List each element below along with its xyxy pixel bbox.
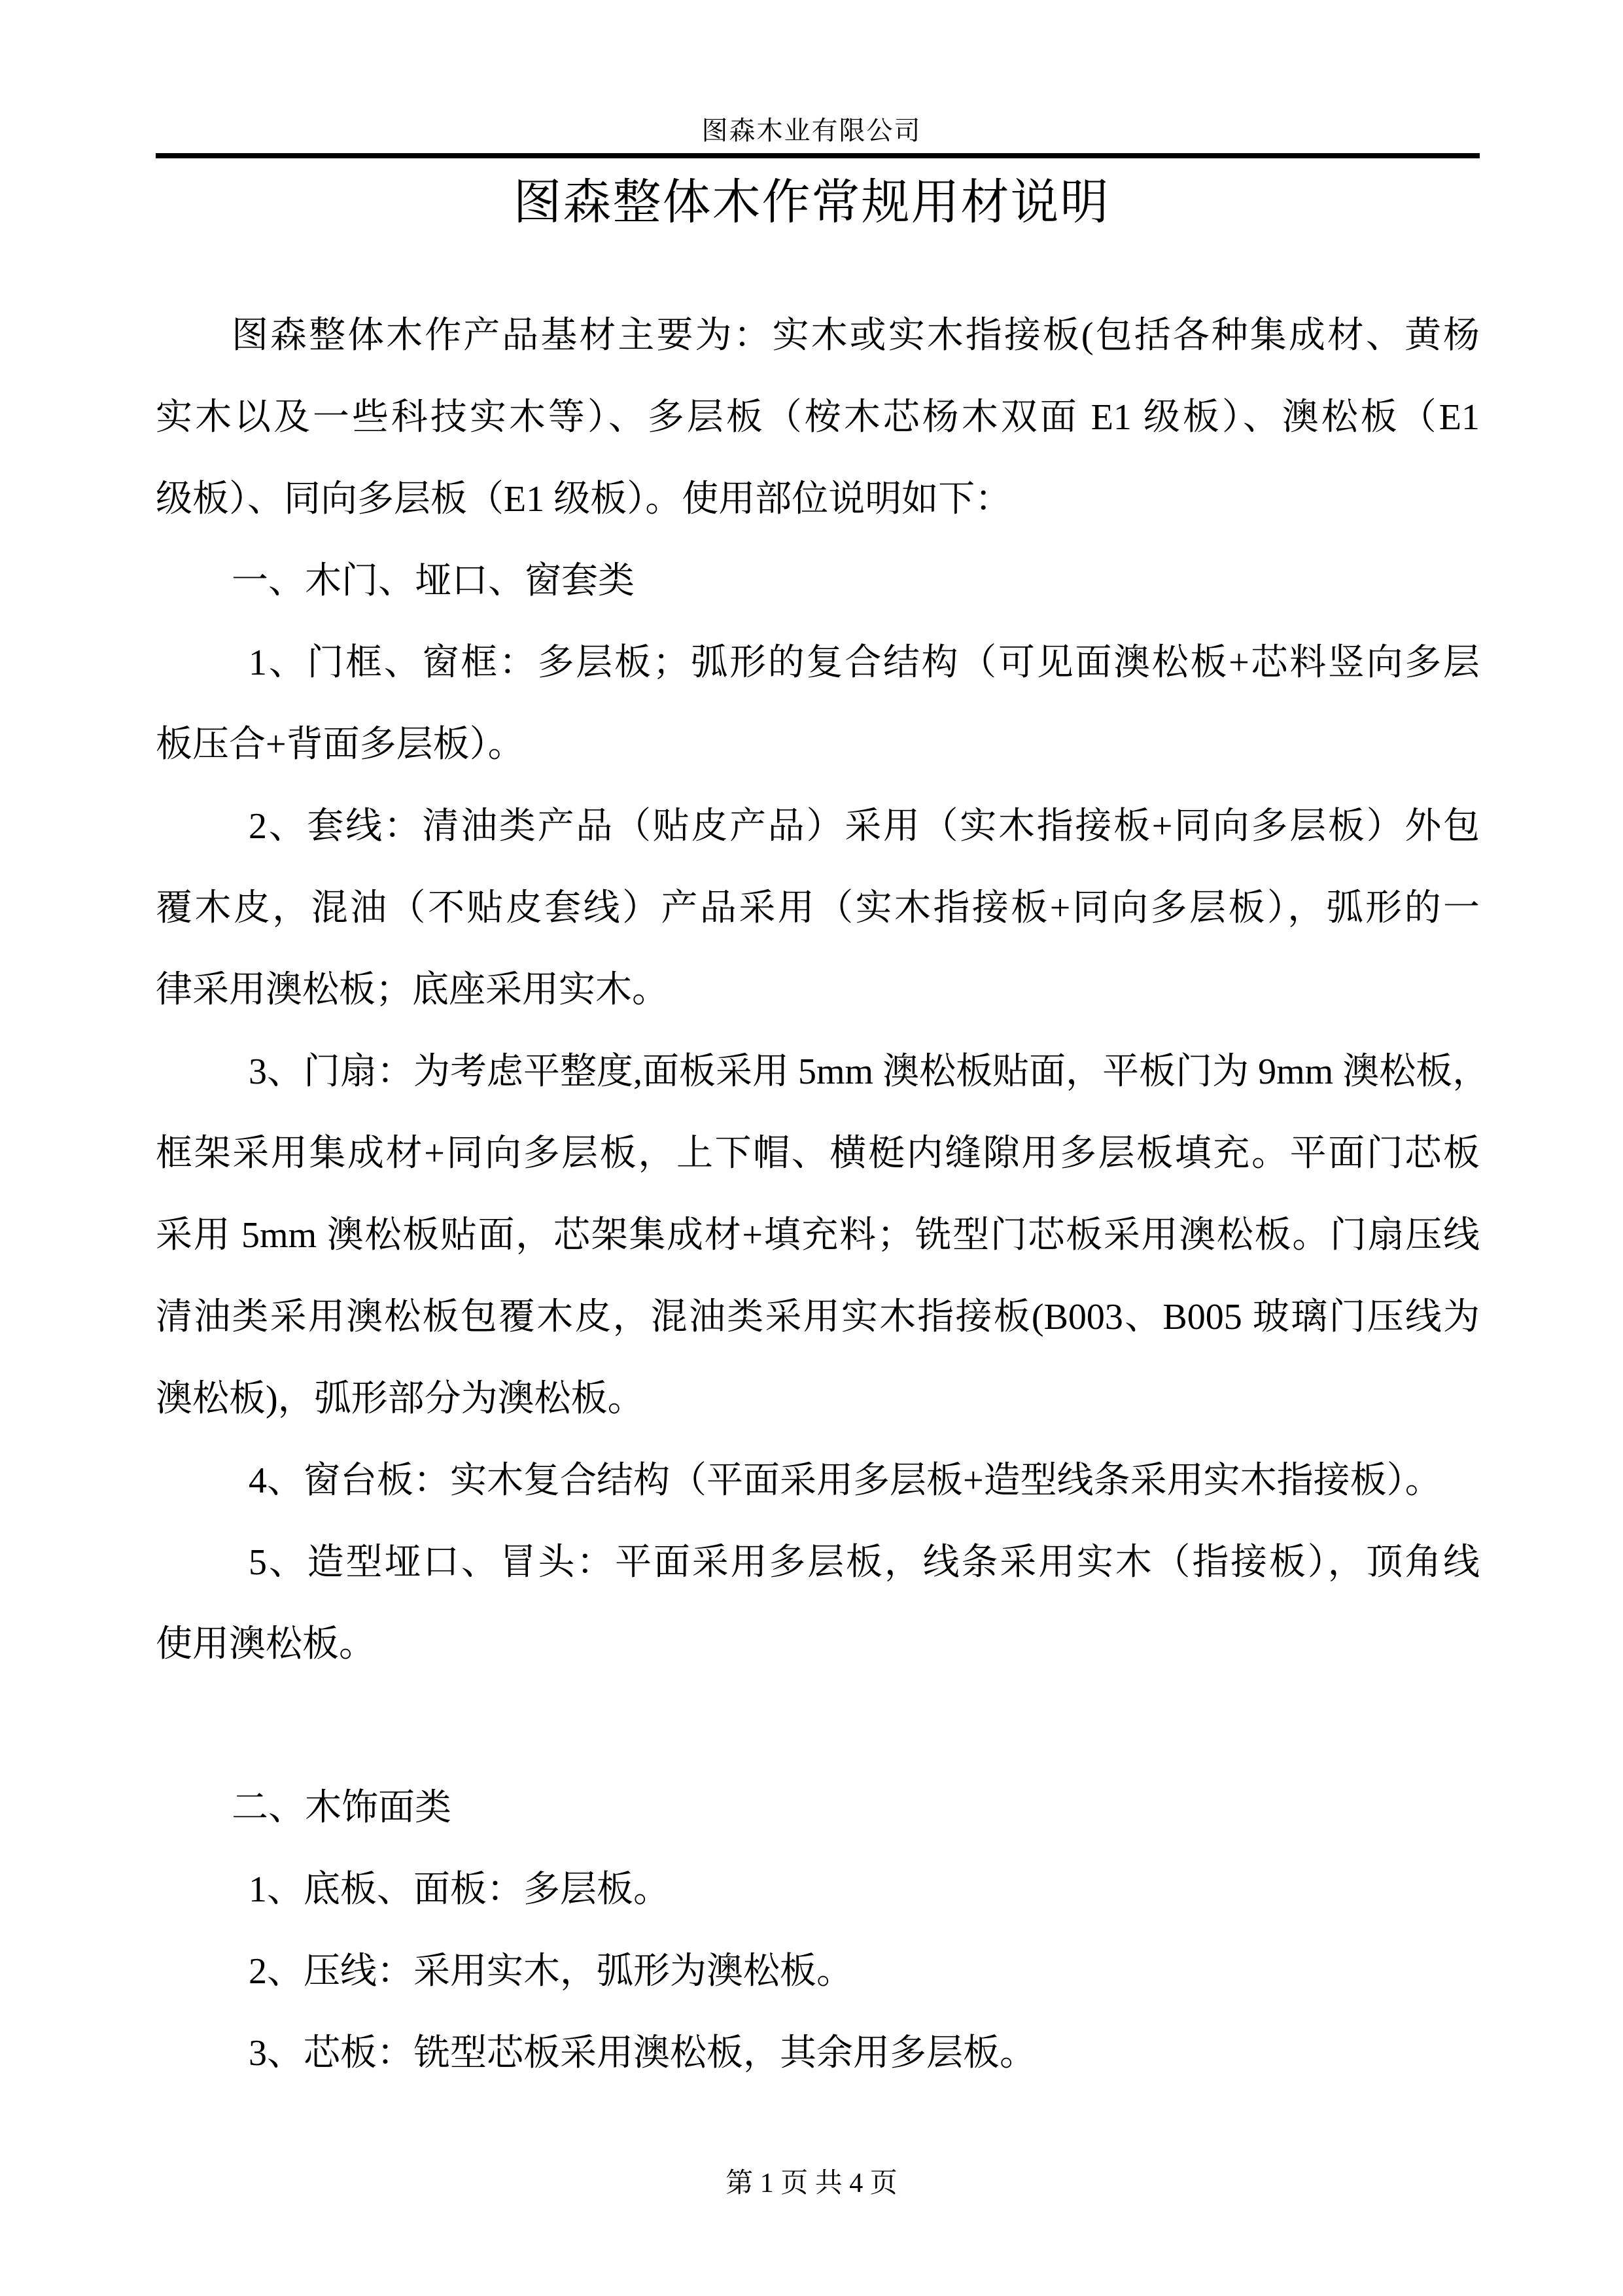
- text-line: 使用澳松板。: [156, 1604, 1480, 1686]
- header-company-name: 图森木业有限公司: [0, 115, 1623, 147]
- text-line: 5、造型垭口、冒头：平面采用多层板，线条采用实木（指接板），顶角线: [156, 1522, 1480, 1604]
- text-line: 图森整体木作产品基材主要为：实木或实木指接板(包括各种集成材、黄杨: [156, 295, 1480, 377]
- text-line: 级板）、同向多层板（E1 级板）。使用部位说明如下：: [156, 459, 1480, 540]
- text-line: 1、门框、窗框：多层板；弧形的复合结构（可见面澳松板+芯料竖向多层: [156, 622, 1480, 704]
- section-heading: 一、木门、垭口、窗套类: [156, 540, 1480, 622]
- section-heading: 二、木饰面类: [156, 1767, 1480, 1849]
- blank-line: [156, 1686, 1480, 1767]
- text-line: 1、底板、面板：多层板。: [156, 1849, 1480, 1931]
- text-line: 覆木皮，混油（不贴皮套线）产品采用（实木指接板+同向多层板），弧形的一: [156, 868, 1480, 949]
- text-line: 清油类采用澳松板包覆木皮，混油类采用实木指接板(B003、B005 玻璃门压线为: [156, 1277, 1480, 1358]
- text-line: 2、压线：采用实木，弧形为澳松板。: [156, 1931, 1480, 2013]
- page-footer: 第 1 页 共 4 页: [0, 2167, 1623, 2200]
- text-line: 板压合+背面多层板）。: [156, 704, 1480, 786]
- text-line: 2、套线：清油类产品（贴皮产品）采用（实木指接板+同向多层板）外包: [156, 786, 1480, 868]
- header-divider: [156, 153, 1480, 158]
- document-page: 图森木业有限公司 图森整体木作常规用材说明 图森整体木作产品基材主要为：实木或实…: [0, 0, 1623, 2296]
- text-line: 实木以及一些科技实木等）、多层板（桉木芯杨木双面 E1 级板）、澳松板（E1: [156, 377, 1480, 459]
- text-line: 律采用澳松板；底座采用实木。: [156, 949, 1480, 1031]
- text-line: 4、窗台板：实木复合结构（平面采用多层板+造型线条采用实木指接板）。: [156, 1440, 1480, 1522]
- text-line: 框架采用集成材+同向多层板，上下帽、横梃内缝隙用多层板填充。平面门芯板: [156, 1113, 1480, 1195]
- text-line: 3、门扇：为考虑平整度,面板采用 5mm 澳松板贴面，平板门为 9mm 澳松板，: [156, 1031, 1480, 1113]
- page-title: 图森整体木作常规用材说明: [0, 175, 1623, 230]
- text-line: 澳松板)，弧形部分为澳松板。: [156, 1358, 1480, 1440]
- text-line: 3、芯板：铣型芯板采用澳松板，其余用多层板。: [156, 2013, 1480, 2094]
- text-line: 采用 5mm 澳松板贴面，芯架集成材+填充料；铣型门芯板采用澳松板。门扇压线: [156, 1195, 1480, 1277]
- document-body: 图森整体木作产品基材主要为：实木或实木指接板(包括各种集成材、黄杨 实木以及一些…: [156, 295, 1480, 2094]
